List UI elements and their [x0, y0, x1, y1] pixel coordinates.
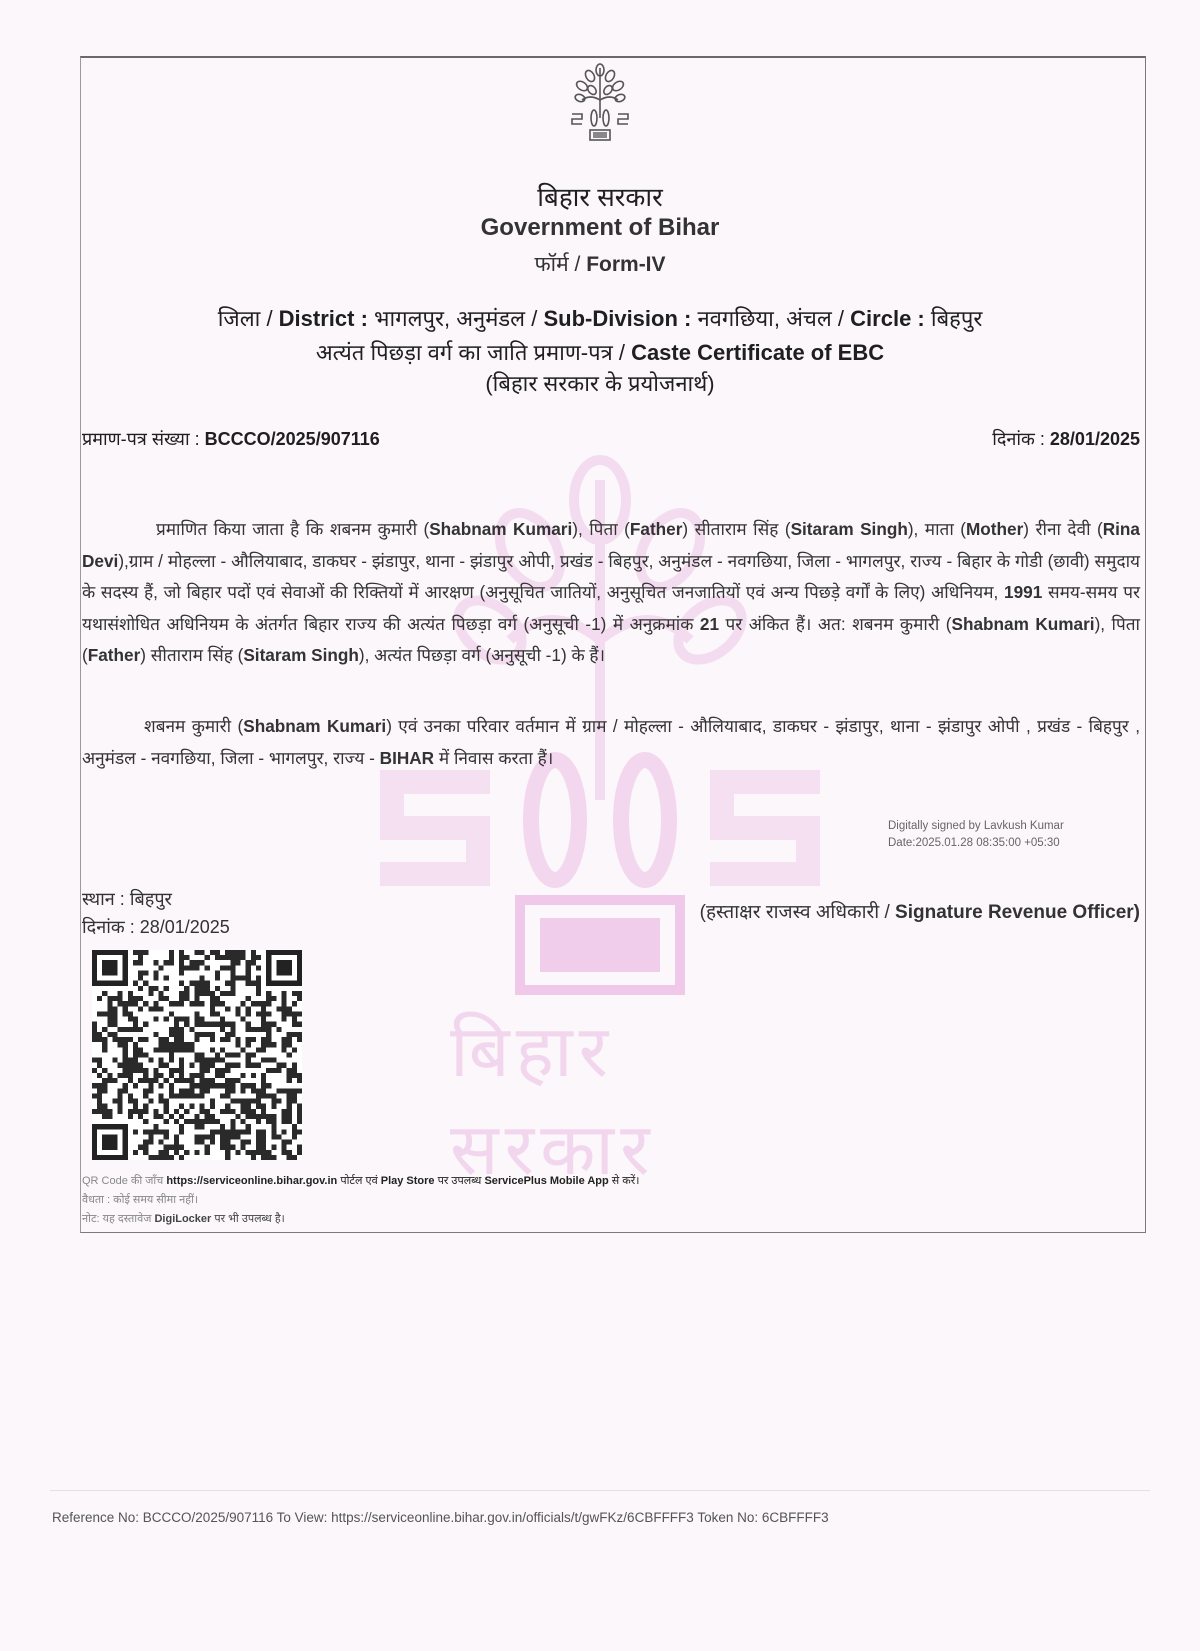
footnote-qr-verification: QR Code की जाँच https://serviceonline.bi…: [82, 1172, 639, 1191]
signature-label: (हस्ताक्षर राजस्व अधिकारी / Signature Re…: [700, 898, 1140, 924]
footnote-digilocker: नोट: यह दस्तावेज DigiLocker पर भी उपलब्ध…: [82, 1210, 639, 1229]
certificate-date: दिनांक : 28/01/2025: [992, 427, 1140, 451]
place: स्थान : बिहपुर: [82, 885, 230, 913]
header-title-hindi: बिहार सरकार: [0, 178, 1200, 214]
header-title-english: Government of Bihar: [0, 214, 1200, 242]
footnotes: QR Code की जाँच https://serviceonline.bi…: [82, 1172, 639, 1229]
digital-signature: Digitally signed by Lavkush Kumar Date:2…: [888, 818, 1064, 852]
certificate-number: प्रमाण-पत्र संख्या : BCCCO/2025/907116: [82, 427, 380, 451]
digital-signature-date: Date:2025.01.28 08:35:00 +05:30: [888, 835, 1064, 852]
place-date-block: स्थान : बिहपुर दिनांक : 28/01/2025: [82, 885, 230, 941]
certificate-title: अत्यंत पिछड़ा वर्ग का जाति प्रमाण-पत्र /…: [0, 337, 1200, 367]
district-label-hindi: जिला: [218, 306, 261, 331]
digital-signature-signer: Digitally signed by Lavkush Kumar: [888, 818, 1064, 835]
certification-paragraph: प्रमाणित किया जाता है कि शबनम कुमारी (Sh…: [82, 514, 1140, 672]
certificate-title-hindi: अत्यंत पिछड़ा वर्ग का जाति प्रमाण-पत्र: [316, 340, 613, 365]
qr-code-icon: [92, 950, 302, 1160]
certificate-purpose: (बिहार सरकार के प्रयोजनार्थ): [0, 368, 1200, 398]
footer-reference: Reference No: BCCCO/2025/907116 To View:…: [52, 1510, 829, 1525]
certificate-date-label: दिनांक :: [992, 429, 1045, 449]
location-line: जिला / District : भागलपुर, अनुमंडल / Sub…: [0, 303, 1200, 333]
bihar-emblem-icon: [568, 60, 632, 150]
certificate-number-value: BCCCO/2025/907116: [205, 429, 380, 449]
circle-value: बिहपुर: [931, 306, 982, 331]
certificate-number-label: प्रमाण-पत्र संख्या :: [82, 429, 200, 449]
form-label-english: Form-IV: [586, 253, 665, 276]
subdivision-label-english: Sub-Division: [543, 306, 677, 331]
subdivision-value: नवगछिया: [697, 306, 773, 331]
residence-paragraph: शबनम कुमारी (Shabnam Kumari) एवं उनका पर…: [82, 711, 1140, 774]
certificate-date-value: 28/01/2025: [1050, 429, 1140, 449]
district-label-english: District: [279, 306, 355, 331]
footer-divider: [50, 1490, 1150, 1491]
certificate-number-row: प्रमाण-पत्र संख्या : BCCCO/2025/907116 द…: [82, 427, 1140, 451]
circle-label-english: Circle: [850, 306, 911, 331]
form-number: फॉर्म / Form-IV: [0, 250, 1200, 278]
form-label-hindi: फॉर्म: [534, 253, 568, 276]
certificate-title-english: Caste Certificate of EBC: [631, 340, 884, 365]
subdivision-label-hindi: अनुमंडल: [456, 306, 525, 331]
circle-label-hindi: अंचल: [786, 306, 832, 331]
issue-date: दिनांक : 28/01/2025: [82, 913, 230, 941]
district-value: भागलपुर: [374, 306, 444, 331]
footnote-validity: वैधता : कोई समय सीमा नहीं।: [82, 1191, 639, 1210]
